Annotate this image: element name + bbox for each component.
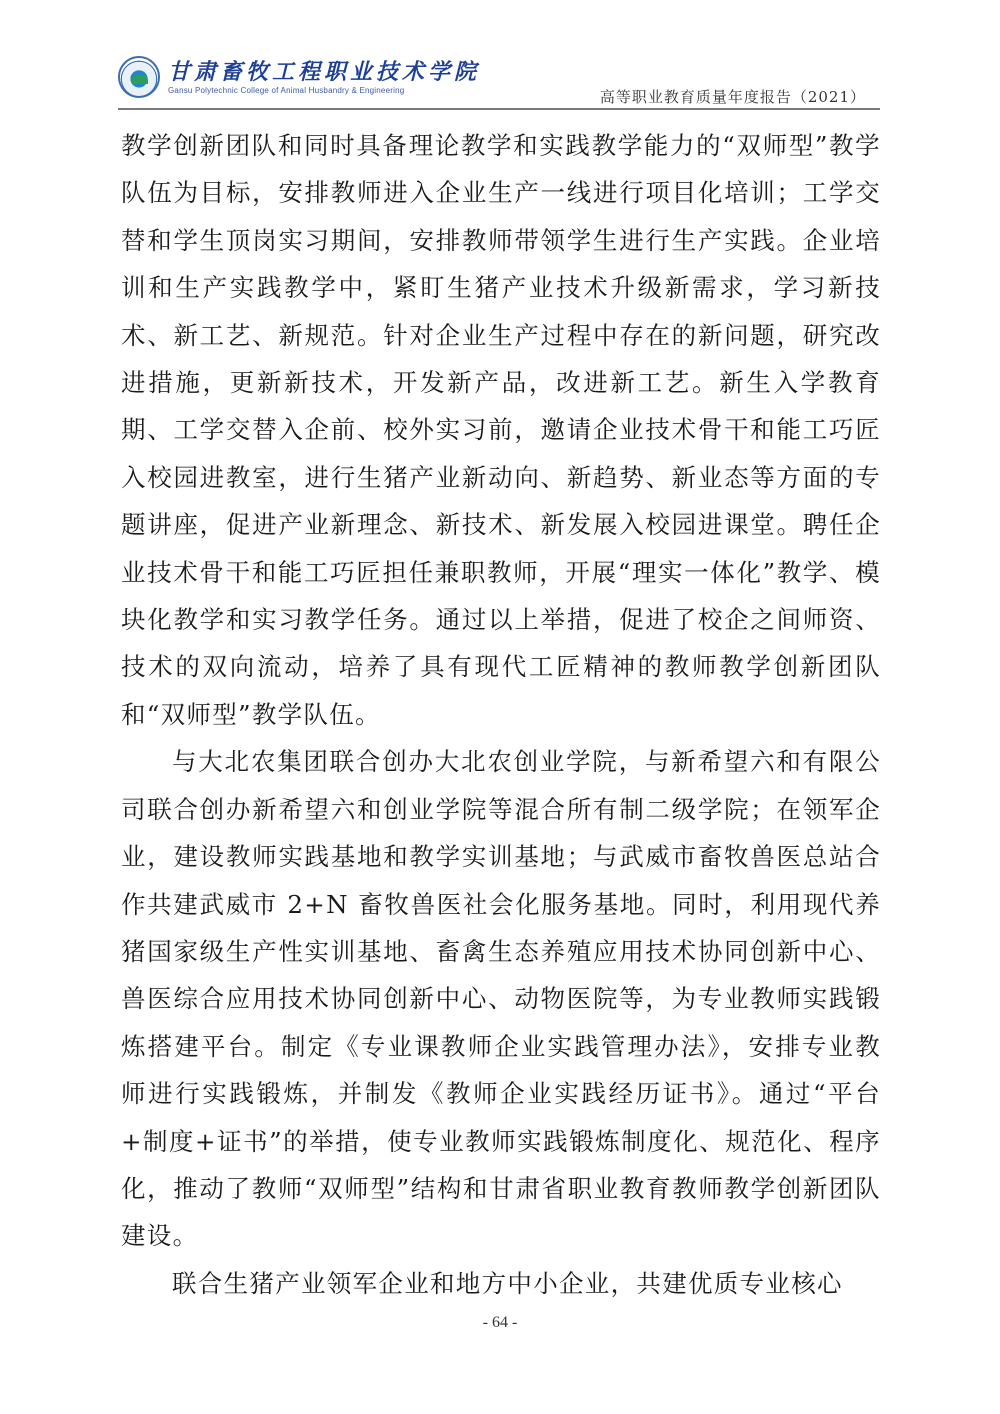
document-body: 教学创新团队和同时具备理论教学和实践教学能力的“双师型”教学队伍为目标，安排教师… <box>121 122 881 1307</box>
paragraph-3: 联合生猪产业领军企业和地方中小企业，共建优质专业核心 <box>121 1260 881 1307</box>
college-emblem-icon <box>118 56 160 98</box>
institution-name: 甘肃畜牧工程职业技术学院 Gansu Polytechnic College o… <box>168 59 480 96</box>
report-title: 高等职业教育质量年度报告（2021） <box>600 88 866 106</box>
paragraph-1: 教学创新团队和同时具备理论教学和实践教学能力的“双师型”教学队伍为目标，安排教师… <box>121 122 881 738</box>
institution-name-cn: 甘肃畜牧工程职业技术学院 <box>168 59 480 85</box>
institution-logo: 甘肃畜牧工程职业技术学院 Gansu Polytechnic College o… <box>118 56 480 98</box>
header-divider <box>118 108 880 110</box>
page-header: 甘肃畜牧工程职业技术学院 Gansu Polytechnic College o… <box>118 56 880 110</box>
page-number: - 64 - <box>0 1314 1000 1332</box>
institution-name-en: Gansu Polytechnic College of Animal Husb… <box>168 85 480 96</box>
paragraph-2: 与大北农集团联合创办大北农创业学院，与新希望六和有限公司联合创办新希望六和创业学… <box>121 738 881 1259</box>
